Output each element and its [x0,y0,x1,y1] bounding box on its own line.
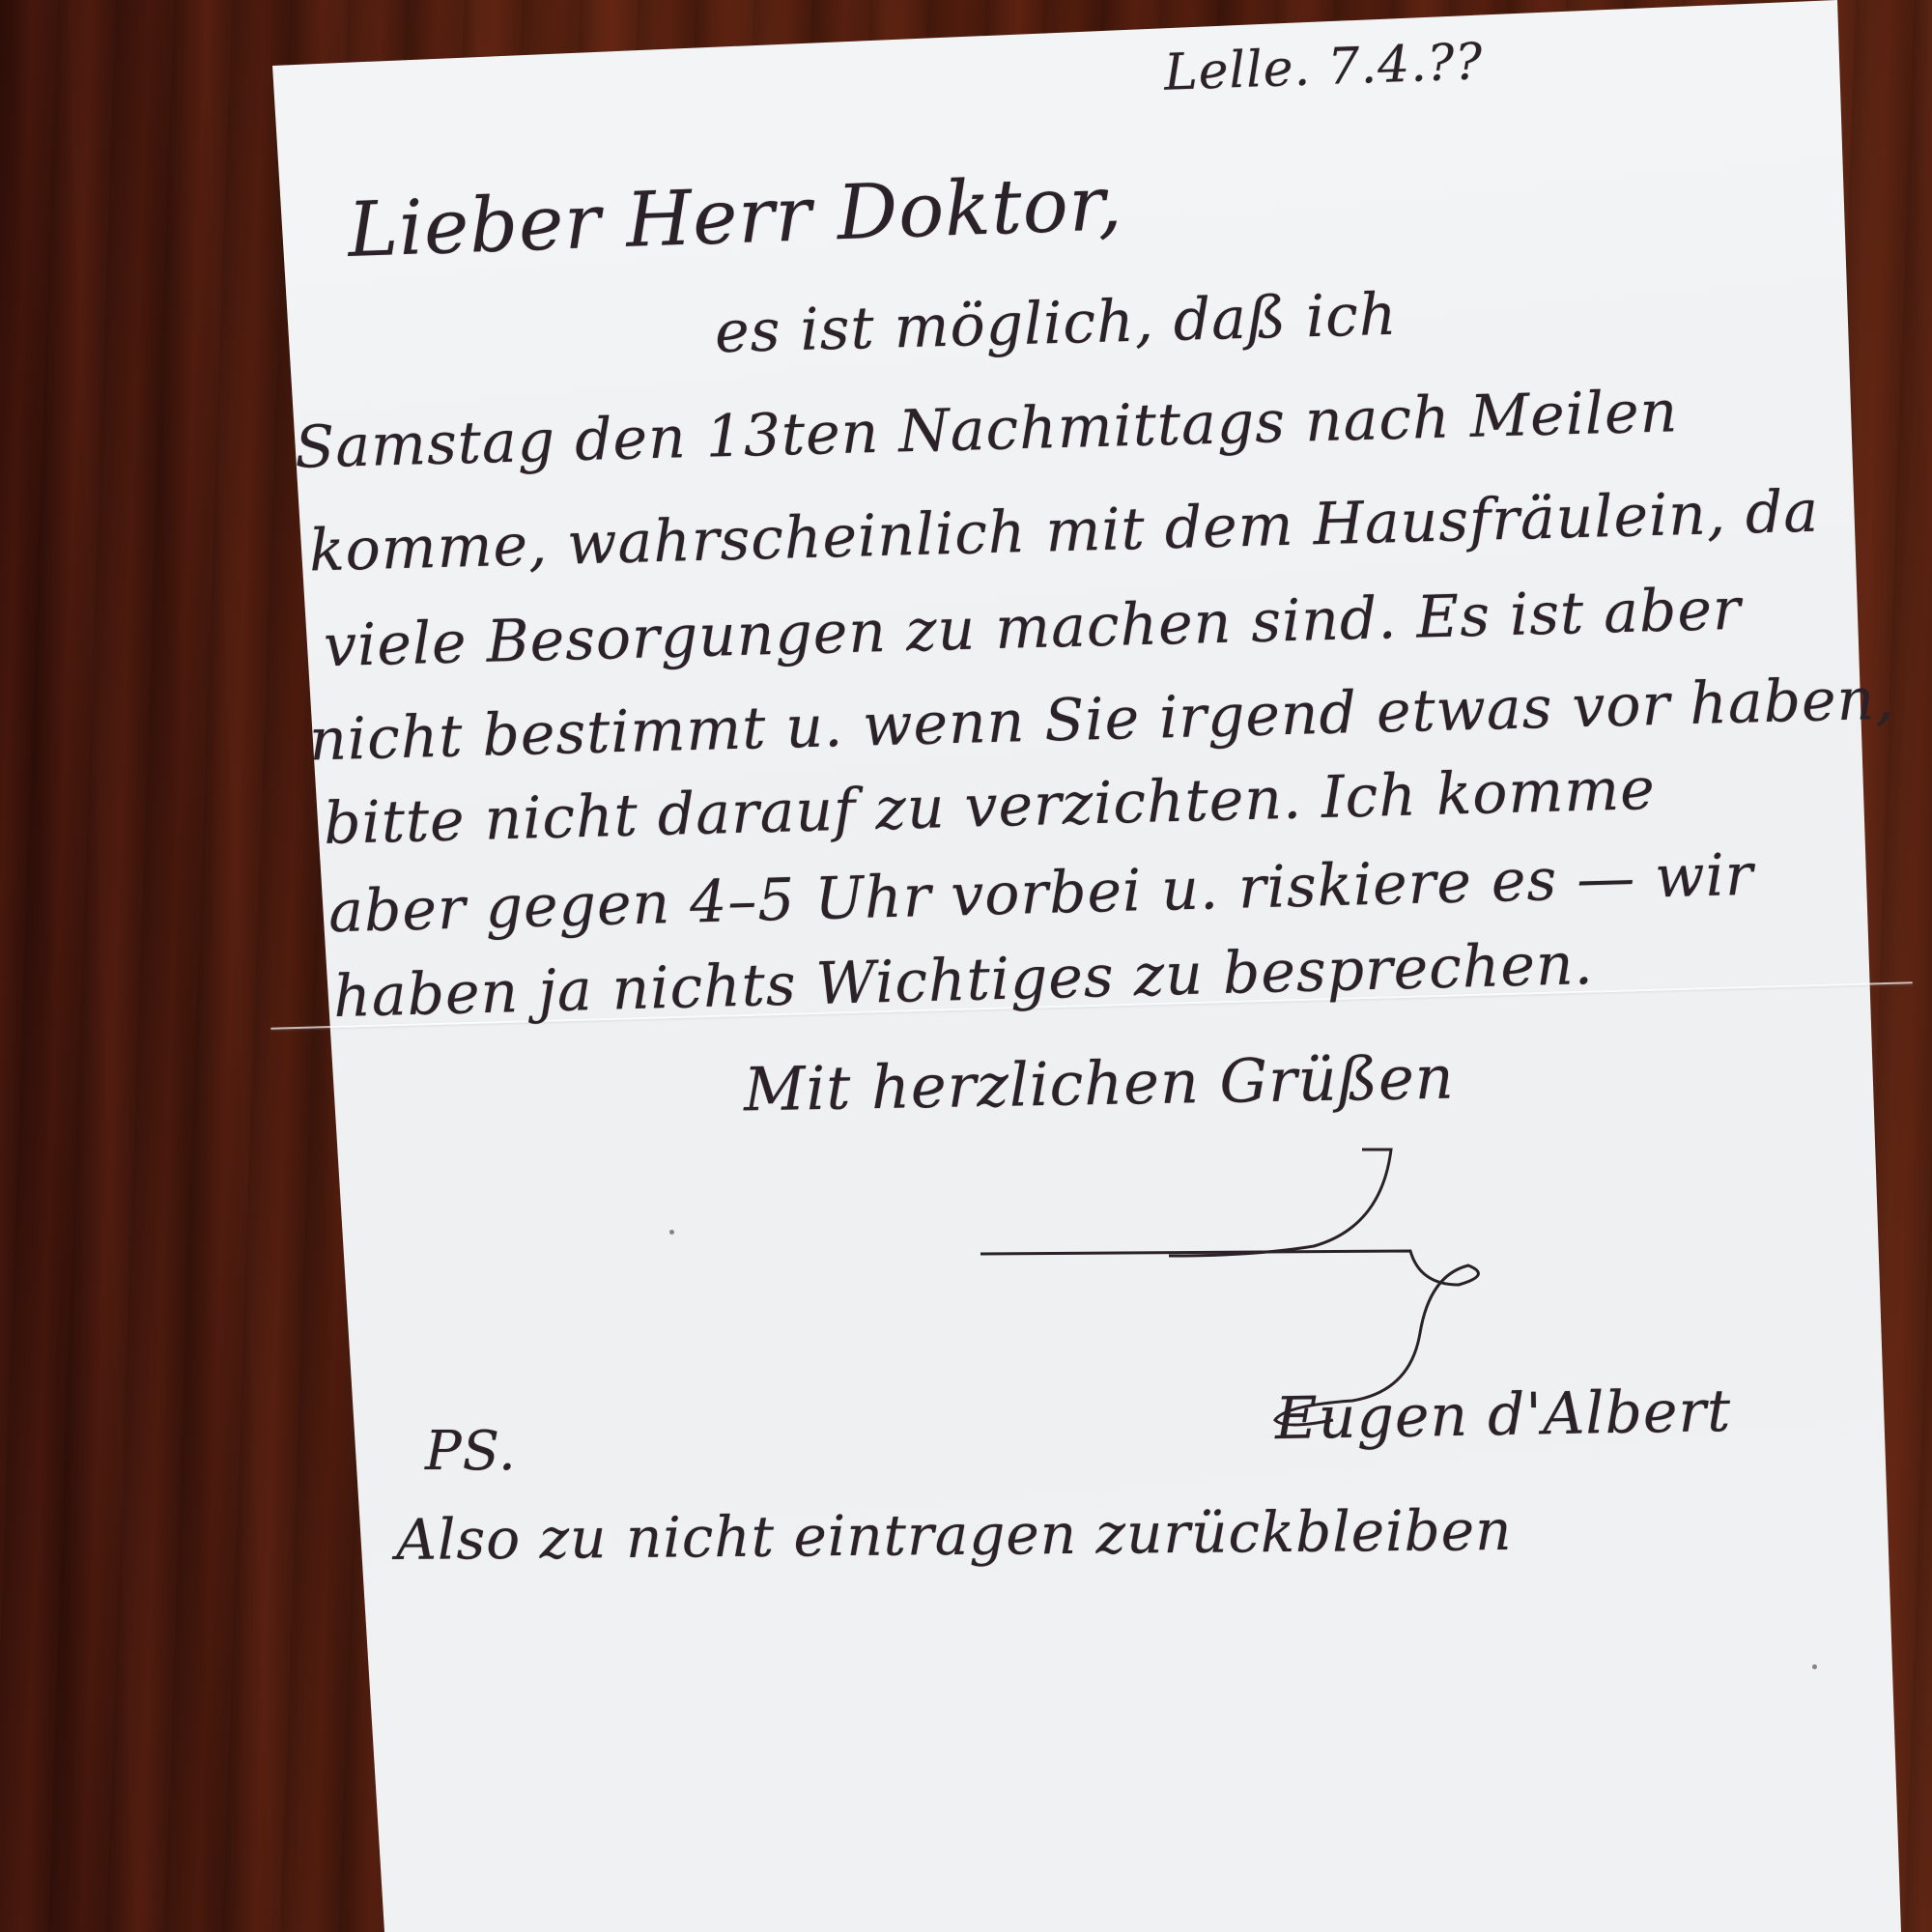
letter-place-date: Lelle. 7.4.?? [1163,33,1484,101]
postscript-label: PS. [425,1420,517,1483]
ink-speck [1812,1664,1817,1669]
ink-speck [669,1230,674,1235]
letter-closing: Mit herzlichen Grüßen [743,1042,1455,1125]
postscript-text: Also zu nicht eintragen zurückbleiben [396,1497,1513,1573]
letter-signature: Eugen d'Albert [1274,1378,1731,1453]
